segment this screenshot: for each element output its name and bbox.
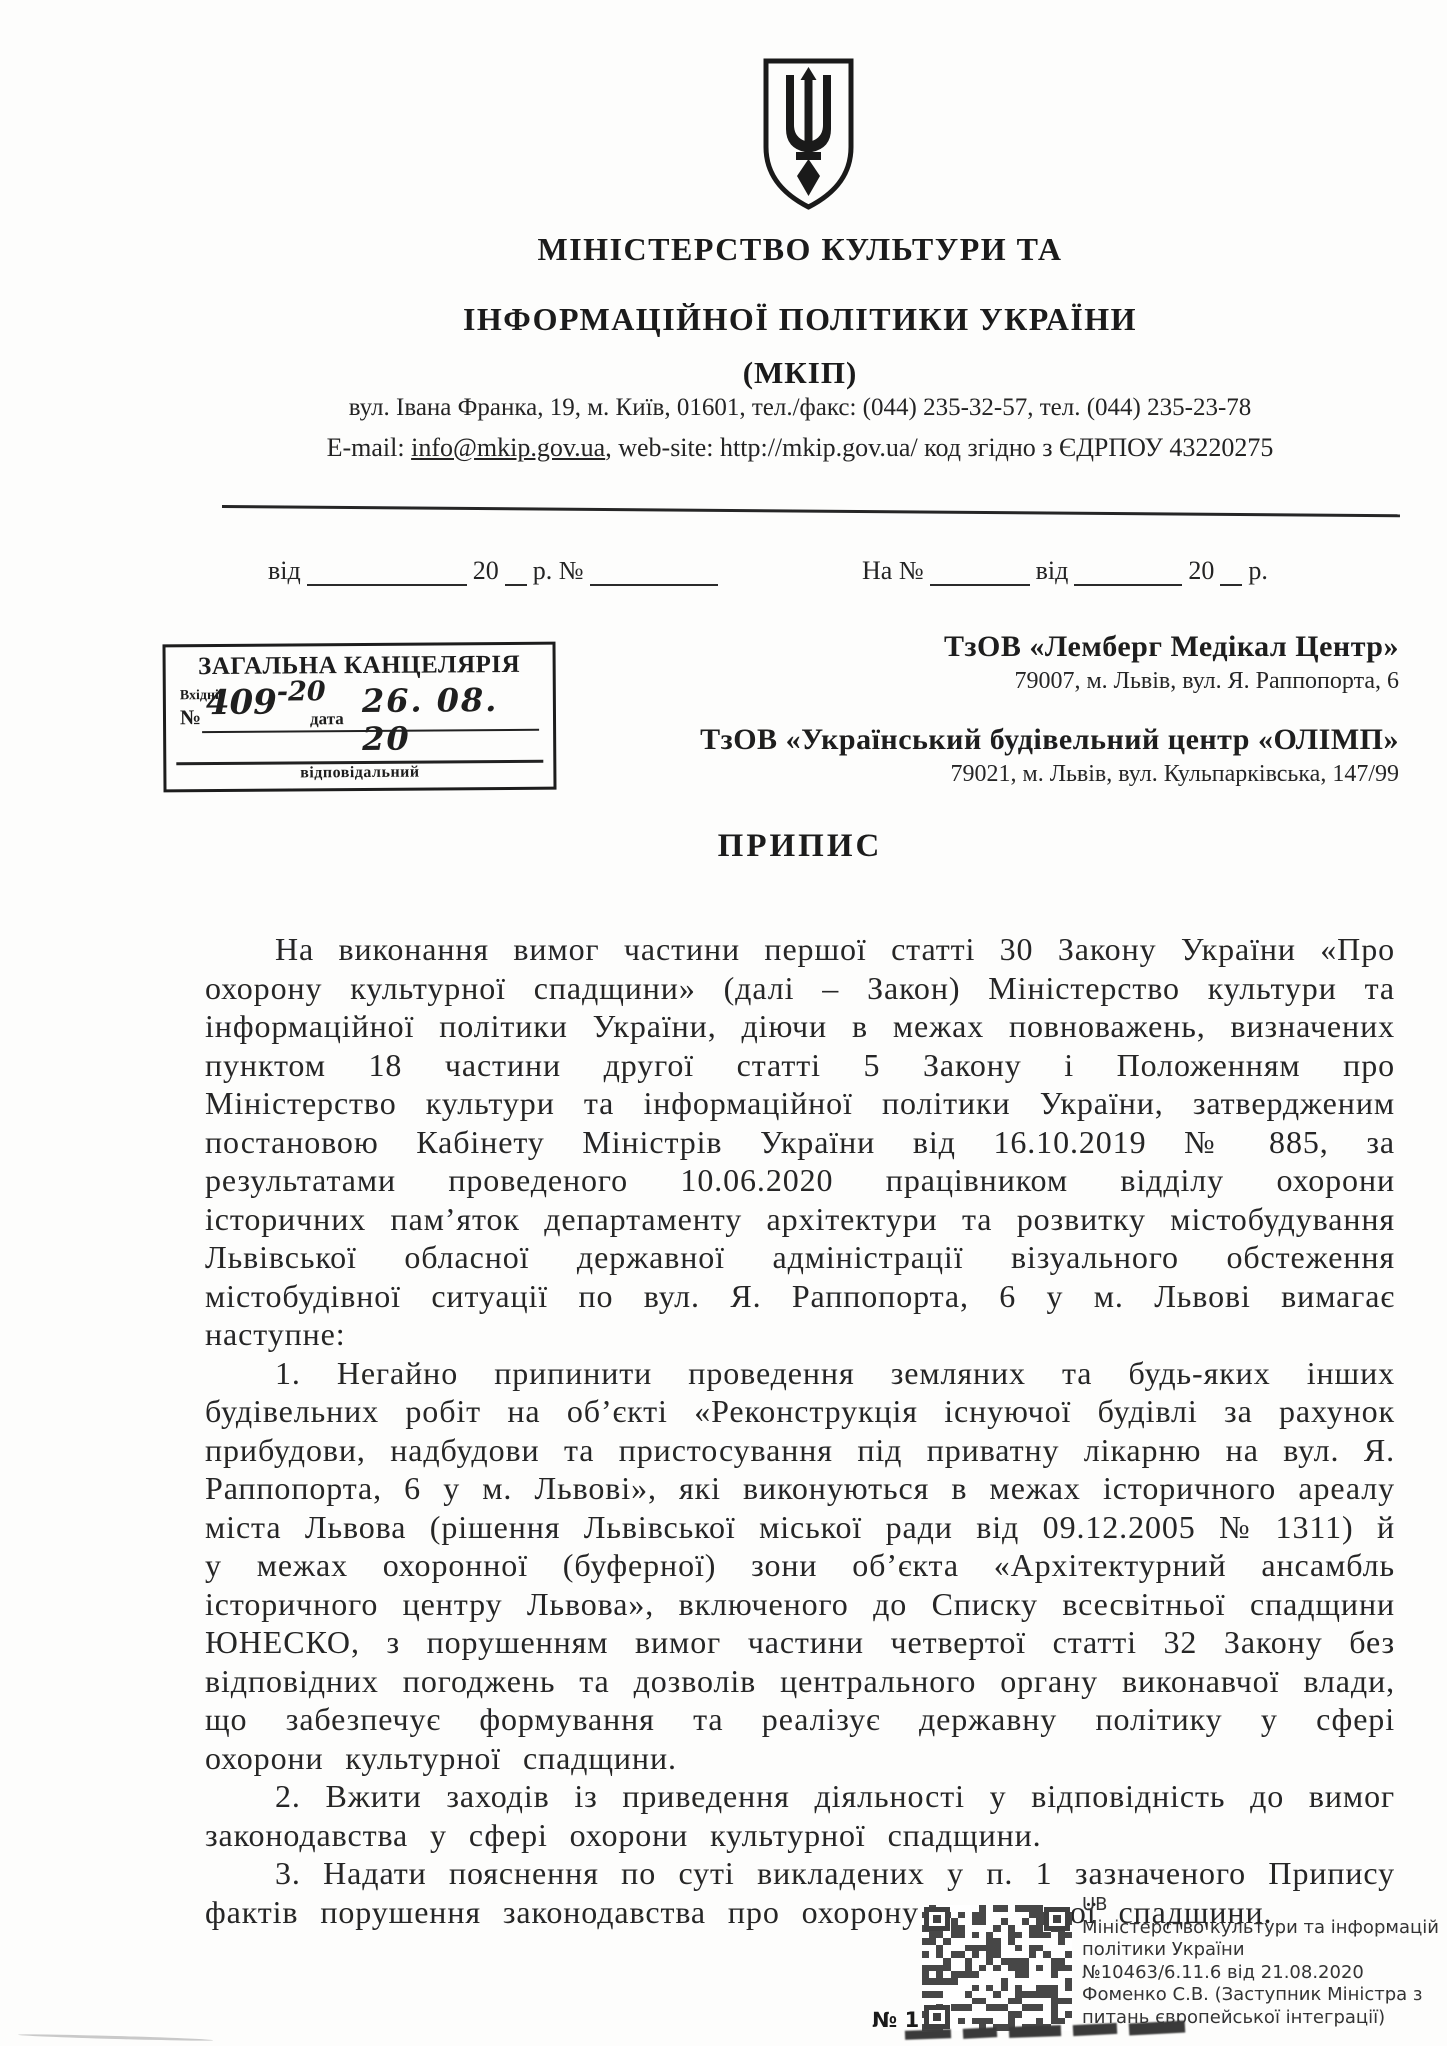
qr-caption-line-signer2: питань європейської інтеграції) [1082,2007,1442,2030]
qr-code [922,1905,1072,2031]
page-number-fragment: № 1 [872,2008,919,2032]
body-paragraph-item2: 2. Вжити заходів із приведення діяльност… [205,1777,1395,1854]
year-prefix: 20 [473,556,499,586]
org-abbreviation: (МКІП) [205,356,1395,389]
org-contacts-line: E-mail: info@mkip.gov.ua, web-site: http… [205,433,1395,463]
year-blank-line [505,558,527,586]
recipient-1-address: 79007, м. Львів, вул. Я. Раппопорта, 6 [560,668,1399,695]
qr-caption-line-ub: UB [1082,1894,1442,1917]
qr-caption-line-ministry1: Міністерство культури та інформацій [1082,1917,1442,1940]
recipient-2-address: 79021, м. Львів, вул. Кульпарківська, 14… [560,761,1399,788]
year-suffix-2: р. [1248,556,1268,586]
org-name-line2: ІНФОРМАЦІЙНОЇ ПОЛІТИКИ УКРАЇНИ [205,302,1395,336]
qr-caption-line-ministry2: політики України [1082,1939,1442,1962]
qr-caption-line-number-date: №10463/6.11.6 від 21.08.2020 [1082,1962,1442,1985]
body-paragraph-item1: 1. Негайно припинити проведення земляних… [205,1354,1395,1778]
org-website-edrpou: , web-site: http://mkip.gov.ua/ код згід… [605,433,1273,462]
from-date-blank-line [1074,558,1182,586]
recipient-1-name: ТзОВ «Лемберг Медікал Центр» [560,630,1399,663]
stamp-handwritten-number: 409-20 [206,682,326,723]
year-suffix-number-label: р. № [533,556,584,586]
year-prefix-2: 20 [1188,556,1214,586]
recipients-block: ТзОВ «Лемберг Медікал Центр» 79007, м. Л… [560,630,1399,788]
from-label: від [268,556,301,586]
org-email: info@mkip.gov.ua [411,433,605,462]
stamp-date-label: дата [310,709,344,729]
year-blank-line-2 [1220,558,1242,586]
ukraine-trident-emblem [760,55,857,213]
date-blank-line [307,558,467,586]
scan-artifact-line [18,2033,213,2041]
on-number-blank-line [930,558,1030,586]
letterhead: МІНІСТЕРСТВО КУЛЬТУРИ ТА ІНФОРМАЦІЙНОЇ П… [205,232,1395,389]
stamp-number-label: № [180,705,201,730]
document-body: На виконання вимог частини першої статті… [205,930,1395,1931]
from-label-2: від [1036,556,1069,586]
qr-finder-top-left [924,1907,950,1931]
recipient-2-name: ТзОВ «Український будівельний центр «ОЛІ… [560,723,1399,756]
registry-stamp: ЗАГАЛЬНА КАНЦЕЛЯРІЯ Вхідні № 409-20 дата… [162,642,556,793]
incoming-ref-fields: На №від20р. [862,556,1268,586]
header-divider-line [222,505,1400,517]
stamp-responsible-label: відповідальний [166,763,553,784]
number-blank-line [590,558,718,586]
stamp-handwritten-number-suffix: -20 [277,676,326,707]
qr-finder-bottom-left [924,2005,950,2029]
qr-finder-top-right [1044,1907,1070,1931]
scanned-letter-page: МІНІСТЕРСТВО КУЛЬТУРИ ТА ІНФОРМАЦІЙНОЇ П… [0,0,1447,2046]
document-title: ПРИПИС [205,828,1395,865]
outgoing-ref-fields: від20р. № [268,556,718,586]
org-name-line1: МІНІСТЕРСТВО КУЛЬТУРИ ТА [205,232,1395,266]
org-postal-address: вул. Івана Франка, 19, м. Київ, 01601, т… [205,394,1395,422]
qr-signature-caption: UB Міністерство культури та інформацій п… [1082,1894,1442,2029]
stamp-title: ЗАГАЛЬНА КАНЦЕЛЯРІЯ [166,651,553,682]
body-paragraph-intro: На виконання вимог частини першої статті… [205,930,1395,1354]
stamp-handwritten-date: 26. 08. 20 [362,681,554,758]
email-label: E-mail: [327,433,411,462]
qr-caption-line-signer1: Фоменко С.В. (Заступник Міністра з [1082,1984,1442,2007]
on-number-label: На № [862,556,924,586]
